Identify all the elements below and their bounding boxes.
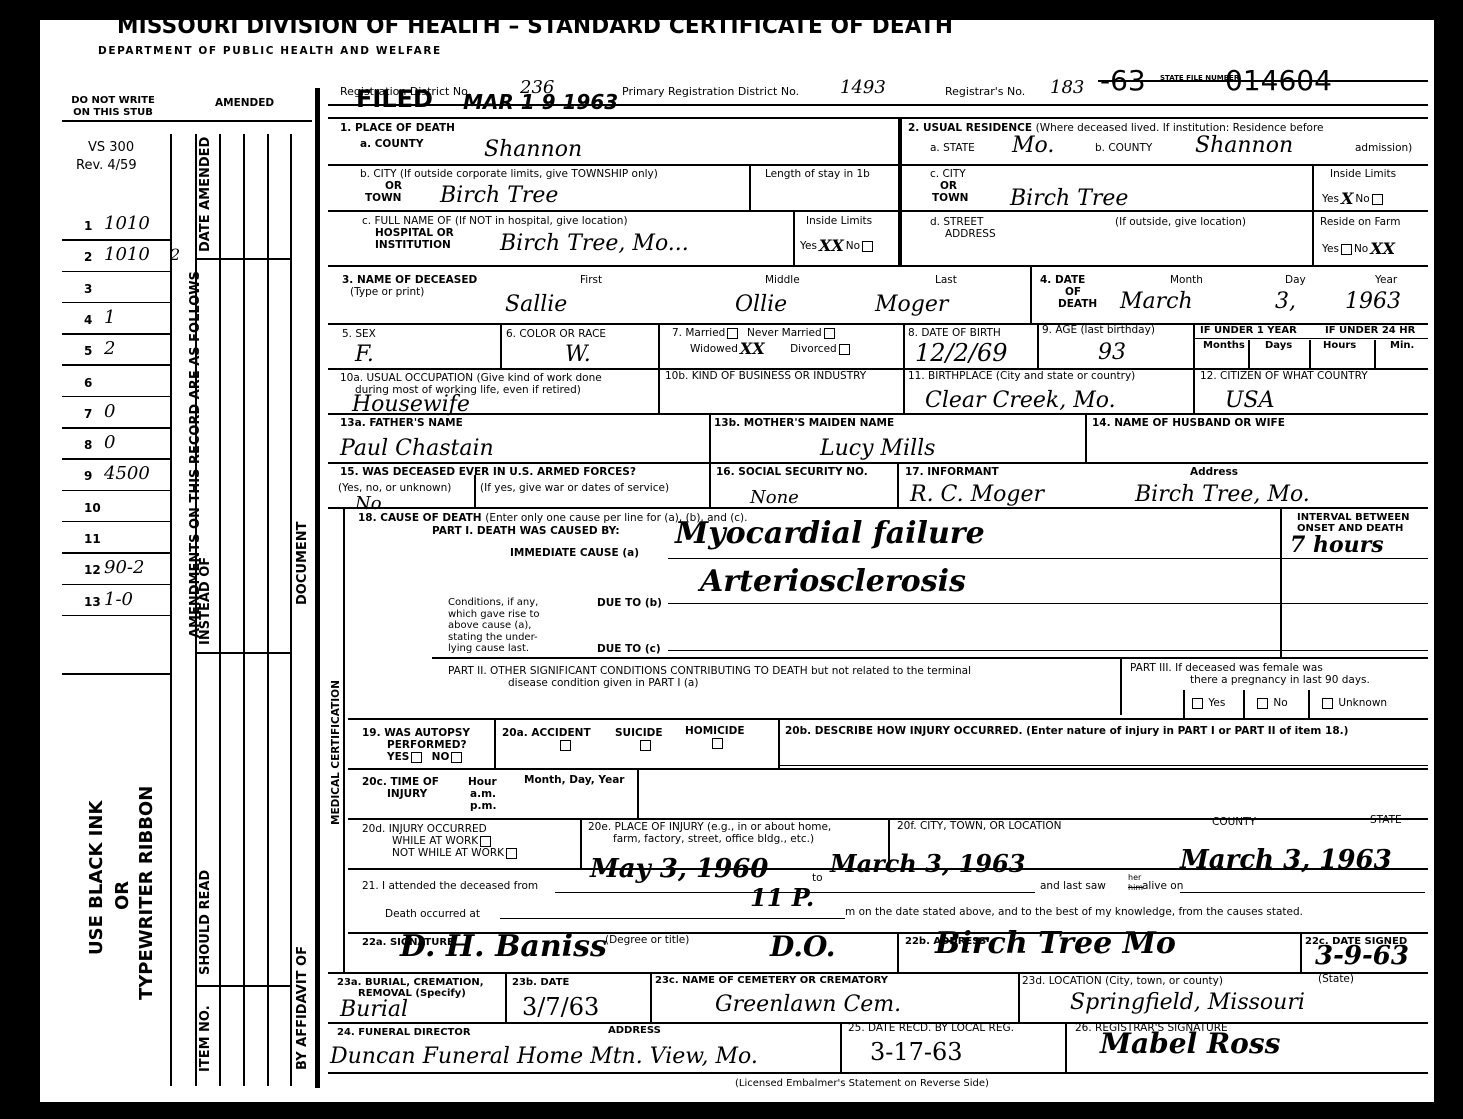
social-security-no: None bbox=[750, 486, 799, 510]
death-label: DEATH bbox=[1058, 298, 1097, 310]
occupation: Housewife bbox=[352, 393, 470, 417]
stub-row-number: 11 bbox=[84, 533, 101, 545]
injury-county-label: COUNTY bbox=[1212, 816, 1256, 828]
stub-row: 94500 bbox=[62, 460, 170, 491]
death-city-label: b. CITY (If outside corporate limits, gi… bbox=[360, 168, 658, 180]
residence-inside-yes-checkbox[interactable]: X bbox=[1341, 193, 1353, 205]
first-name-label: First bbox=[580, 274, 602, 286]
suicide-label: SUICIDE bbox=[615, 727, 663, 739]
rule bbox=[580, 818, 582, 868]
disposition-date: 3/7/63 bbox=[522, 995, 599, 1019]
rule bbox=[328, 164, 898, 166]
stub-row-number: 9 bbox=[84, 470, 92, 482]
time-of-injury-label-2: INJURY bbox=[387, 788, 427, 800]
rule bbox=[825, 892, 1035, 893]
rule bbox=[749, 164, 751, 210]
autopsy-label-2: PERFORMED? bbox=[387, 739, 467, 751]
stub-row-number: 2 bbox=[84, 251, 92, 263]
stub-row: 1290-2 bbox=[62, 554, 170, 585]
divider-1-2 bbox=[898, 117, 902, 267]
stub-row-number: 7 bbox=[84, 408, 92, 420]
rule bbox=[840, 1022, 842, 1072]
death-occurred-tail: m on the date stated above, and to the b… bbox=[845, 906, 1303, 918]
embalmer-statement-note: (Licensed Embalmer's Statement on Revers… bbox=[735, 1078, 989, 1090]
rule bbox=[709, 413, 711, 507]
street-note: (If outside, give location) bbox=[1115, 216, 1246, 228]
rule bbox=[668, 650, 1428, 651]
birthplace-label: 11. BIRTHPLACE (City and state or countr… bbox=[908, 370, 1135, 382]
town-label: TOWN bbox=[365, 192, 401, 204]
stub-note: DO NOT WRITEON THIS STUB bbox=[68, 95, 158, 119]
typewriter-ribbon-label: TYPEWRITER RIBBON bbox=[136, 786, 157, 1000]
degree-label: (Degree or title) bbox=[605, 934, 689, 946]
funeral-address-label: ADDRESS bbox=[608, 1025, 661, 1037]
part-1-label: PART I. DEATH WAS CAUSED BY: bbox=[432, 525, 620, 537]
spouse-label: 14. NAME OF HUSBAND OR WIFE bbox=[1092, 417, 1285, 429]
rule bbox=[328, 210, 898, 212]
cemetery-state-label: (State) bbox=[1318, 973, 1354, 985]
stub-row: 80 bbox=[62, 429, 170, 460]
stub-col-1 bbox=[170, 134, 172, 1086]
admission-label: admission) bbox=[1355, 142, 1412, 154]
residence-inside-limits-label: Inside Limits bbox=[1330, 168, 1396, 180]
last-name: Moger bbox=[875, 293, 948, 317]
conditions-note: Conditions, if any,which gave rise toabo… bbox=[448, 597, 540, 655]
homicide-label: HOMICIDE bbox=[685, 725, 745, 737]
stub-row-value: 1010 bbox=[104, 212, 150, 236]
filed-stamp: FILED bbox=[356, 85, 433, 113]
date-received-label: 25. DATE RECD. BY LOCAL REG. bbox=[848, 1022, 1014, 1034]
or-label: OR bbox=[112, 881, 133, 910]
place-of-injury-label-2: farm, factory, street, office bldg., etc… bbox=[613, 833, 814, 845]
date-amended-label: DATE AMENDED bbox=[198, 137, 213, 252]
physician-address: Birch Tree Mo bbox=[935, 932, 1176, 956]
armed-sub-2: (If yes, give war or dates of service) bbox=[480, 482, 669, 494]
dob-label: 8. DATE OF BIRTH bbox=[908, 327, 1001, 339]
instead-of-label: INSTEAD OF bbox=[198, 557, 213, 645]
stub-row: 3 bbox=[62, 273, 170, 304]
rule bbox=[778, 765, 1428, 766]
stub-side-mark: 2 bbox=[170, 243, 180, 267]
rule bbox=[902, 210, 1428, 212]
sex: F. bbox=[355, 343, 374, 367]
rule bbox=[328, 972, 1428, 974]
rule bbox=[778, 718, 780, 768]
inside-limits-yes-checkbox[interactable]: XX bbox=[819, 240, 844, 252]
death-city: Birch Tree bbox=[440, 184, 558, 208]
last-name-label: Last bbox=[935, 274, 957, 286]
rule bbox=[1300, 932, 1302, 972]
stub-row: 21010 bbox=[62, 241, 170, 272]
form-number: VS 300 bbox=[88, 142, 134, 154]
stub-row: 41 bbox=[62, 304, 170, 335]
death-occurred-label: Death occurred at bbox=[385, 908, 480, 920]
rule bbox=[903, 323, 905, 413]
widowed-checkbox[interactable]: XX bbox=[740, 343, 765, 355]
due-to-b-label: DUE TO (b) bbox=[597, 597, 662, 609]
sex-label: 5. SEX bbox=[342, 328, 376, 340]
name-note: (Type or print) bbox=[350, 286, 424, 298]
middle-name: Ollie bbox=[735, 293, 787, 317]
pregnancy-yes-checkbox[interactable] bbox=[1192, 698, 1203, 709]
place-of-death-label: 1. PLACE OF DEATH bbox=[340, 122, 455, 134]
stub-row-number: 1 bbox=[84, 220, 92, 232]
autopsy-yes-checkbox[interactable] bbox=[411, 752, 422, 763]
race: W. bbox=[565, 343, 591, 367]
death-certificate bbox=[40, 20, 1434, 1102]
at-work-checkbox[interactable] bbox=[480, 836, 491, 847]
registrars-no-label: Registrar's No. bbox=[945, 86, 1025, 98]
street-label-2: ADDRESS bbox=[945, 228, 996, 240]
last-saw-label: and last saw bbox=[1040, 880, 1106, 892]
form-revision: Rev. 4/59 bbox=[76, 160, 137, 172]
stub-perforation-line bbox=[315, 88, 320, 1088]
informant-address-label: Address bbox=[1190, 466, 1238, 478]
rule bbox=[793, 210, 795, 265]
alive-on-label: alive on bbox=[1142, 880, 1183, 892]
residence-county: Shannon bbox=[1195, 134, 1293, 158]
describe-injury-label: 20b. DESCRIBE HOW INJURY OCCURRED. (Ente… bbox=[785, 725, 1348, 737]
residence-inside-no-checkbox[interactable] bbox=[1372, 194, 1383, 205]
rule bbox=[328, 1072, 1428, 1074]
rule bbox=[637, 768, 639, 818]
farm-yes-checkbox[interactable] bbox=[1341, 244, 1352, 255]
disposition-date-label: 23b. DATE bbox=[512, 977, 569, 989]
residence-county-label: b. COUNTY bbox=[1095, 142, 1152, 154]
date-of-birth: 12/2/69 bbox=[915, 341, 1008, 365]
stub-col-3 bbox=[219, 134, 221, 1086]
part-2-label: PART II. OTHER SIGNIFICANT CONDITIONS CO… bbox=[448, 665, 971, 677]
medical-certification-label: MEDICAL CERTIFICATION bbox=[330, 680, 342, 825]
attended-from: May 3, 1960 bbox=[590, 857, 768, 881]
town-label: TOWN bbox=[932, 192, 968, 204]
months-label: Months bbox=[1203, 340, 1245, 352]
rule bbox=[328, 265, 1428, 267]
injury-city-label: 20f. CITY, TOWN, OR LOCATION bbox=[897, 820, 1061, 832]
ssn-label: 16. SOCIAL SECURITY NO. bbox=[716, 466, 868, 478]
physician-degree: D.O. bbox=[770, 935, 836, 959]
cemetery-location-label: 23d. LOCATION (City, town, or county) bbox=[1022, 975, 1223, 987]
last-seen-alive: March 3, 1963 bbox=[1180, 848, 1392, 872]
informant-label: 17. INFORMANT bbox=[905, 466, 999, 478]
year-label: Year bbox=[1375, 274, 1397, 286]
stub-row-number: 3 bbox=[84, 283, 92, 295]
or-label: OR bbox=[385, 180, 402, 192]
race-label: 6. COLOR OR RACE bbox=[506, 328, 606, 340]
death-county-label: a. COUNTY bbox=[360, 138, 423, 150]
pregnancy-no[interactable]: No bbox=[1255, 697, 1288, 709]
stub-row-value: 90-2 bbox=[104, 556, 144, 580]
father-name: Paul Chastain bbox=[340, 437, 494, 461]
primary-registration-value: 1493 bbox=[840, 76, 886, 100]
suicide-checkbox[interactable] bbox=[640, 740, 651, 751]
stub-row: 52 bbox=[62, 335, 170, 366]
stub-row-rule bbox=[62, 615, 170, 617]
death-month: March bbox=[1120, 290, 1193, 314]
him-label: him bbox=[1128, 882, 1143, 894]
item-no-label: ITEM NO. bbox=[198, 1005, 213, 1072]
age: 93 bbox=[1098, 341, 1126, 365]
document-label: DOCUMENT bbox=[295, 521, 310, 605]
marital-row-2: WidowedXX Divorced bbox=[690, 343, 852, 355]
under-24-hr-label: IF UNDER 24 HR bbox=[1325, 325, 1415, 337]
pm-label: p.m. bbox=[470, 800, 496, 812]
autopsy-label: 19. WAS AUTOPSY bbox=[362, 727, 470, 739]
stub-row-number: 12 bbox=[84, 564, 101, 576]
accident-checkbox[interactable] bbox=[560, 740, 571, 751]
rule bbox=[1065, 1022, 1067, 1072]
inside-limits-options: YesXXNo bbox=[800, 240, 875, 252]
residence-state-label: a. STATE bbox=[930, 142, 975, 154]
rule bbox=[1193, 323, 1195, 413]
birthplace: Clear Creek, Mo. bbox=[925, 389, 1116, 413]
immediate-cause-label: IMMEDIATE CAUSE (a) bbox=[510, 547, 639, 559]
death-year: 1963 bbox=[1345, 290, 1401, 314]
hospital-label: c. FULL NAME OF (If NOT in hospital, giv… bbox=[362, 215, 628, 227]
stub-row: 11010 bbox=[62, 210, 170, 241]
time-of-injury-label: 20c. TIME OF bbox=[362, 776, 439, 788]
cemetery-label: 23c. NAME OF CEMETERY OR CREMATORY bbox=[655, 975, 888, 987]
stub-row-value: 0 bbox=[104, 431, 115, 455]
stub-row-value: 1-0 bbox=[104, 588, 133, 612]
rule bbox=[1037, 323, 1039, 368]
rule bbox=[1120, 657, 1122, 715]
rule bbox=[348, 718, 1428, 720]
interval: 7 hours bbox=[1290, 533, 1384, 557]
date-signed: 3-9-63 bbox=[1315, 944, 1409, 968]
rule bbox=[1308, 690, 1310, 718]
stub-row: 6 bbox=[62, 367, 170, 398]
month-label: Month bbox=[1170, 274, 1203, 286]
date-received: 3-17-63 bbox=[870, 1040, 963, 1064]
accident-label: 20a. ACCIDENT bbox=[502, 727, 591, 739]
residence-inside-limits-options: YesXNo bbox=[1322, 193, 1385, 205]
rule bbox=[348, 768, 1428, 770]
attended-to: March 3, 1963 bbox=[830, 852, 1025, 876]
length-of-stay-label: Length of stay in 1b bbox=[765, 168, 870, 180]
citizen: USA bbox=[1225, 389, 1275, 413]
place-of-injury-label: 20e. PLACE OF INJURY (e.g., in or about … bbox=[588, 821, 831, 833]
rule bbox=[668, 558, 1428, 559]
stub-row-number: 13 bbox=[84, 596, 101, 608]
part-3-label: PART III. If deceased was female was bbox=[1130, 662, 1323, 674]
rule bbox=[1183, 690, 1185, 718]
hours-label: Hours bbox=[1323, 340, 1356, 352]
min-label: Min. bbox=[1390, 340, 1414, 352]
never-married-checkbox[interactable] bbox=[824, 328, 835, 339]
not-at-work-option: NOT WHILE AT WORK bbox=[392, 847, 519, 859]
rule bbox=[1309, 340, 1311, 368]
stub-row: 11 bbox=[62, 523, 170, 554]
death-day: 3, bbox=[1275, 290, 1296, 314]
should-read-rule bbox=[195, 985, 291, 987]
am-label: a.m. bbox=[470, 788, 496, 800]
days-label: Days bbox=[1265, 340, 1292, 352]
rule bbox=[474, 475, 476, 507]
cemetery-name: Greenlawn Cem. bbox=[715, 993, 901, 1017]
rule-top2 bbox=[328, 117, 1428, 119]
business-label: 10b. KIND OF BUSINESS OR INDUSTRY bbox=[665, 370, 866, 382]
of-label: OF bbox=[1065, 286, 1081, 298]
marital-row-1: 7. Married Never Married bbox=[672, 327, 837, 339]
rule bbox=[897, 462, 899, 507]
homicide-checkbox[interactable] bbox=[712, 738, 723, 749]
father-label: 13a. FATHER'S NAME bbox=[340, 417, 463, 429]
reside-on-farm-label: Reside on Farm bbox=[1320, 216, 1400, 228]
by-affidavit-label: BY AFFIDAVIT OF bbox=[295, 946, 310, 1070]
stub-row-number: 6 bbox=[84, 377, 92, 389]
rule bbox=[500, 323, 502, 368]
rule bbox=[494, 718, 496, 768]
stub-row: 70 bbox=[62, 398, 170, 429]
rule bbox=[500, 918, 845, 919]
hospital-label-2: HOSPITAL OR bbox=[375, 227, 454, 239]
day-label: Day bbox=[1285, 274, 1306, 286]
mother-maiden-name: Lucy Mills bbox=[820, 437, 935, 461]
part-3-label-2: there a pregnancy in last 90 days. bbox=[1190, 674, 1370, 686]
hour-label: Hour bbox=[468, 776, 497, 788]
stub-row: 131-0 bbox=[62, 586, 170, 617]
registrars-no-value: 183 bbox=[1050, 76, 1084, 100]
injury-occurred-label: 20d. INJURY OCCURRED bbox=[362, 823, 487, 835]
use-black-ink-label: USE BLACK INK bbox=[86, 801, 107, 955]
pregnancy-unknown-checkbox[interactable] bbox=[1322, 698, 1333, 709]
stub-col-4 bbox=[243, 134, 245, 1086]
stub-row-value: 4500 bbox=[104, 462, 150, 486]
rule bbox=[1248, 340, 1250, 368]
death-hospital: Birch Tree, Mo... bbox=[500, 232, 689, 256]
primary-registration-label: Primary Registration District No. bbox=[622, 86, 799, 98]
stub-row-number: 10 bbox=[84, 502, 101, 514]
department-subtitle: DEPARTMENT OF PUBLIC HEALTH AND WELFARE bbox=[98, 45, 442, 57]
amended-heading: AMENDED bbox=[215, 97, 274, 109]
rule bbox=[1280, 507, 1282, 657]
stub-row-value: 1 bbox=[104, 306, 115, 330]
rule bbox=[1195, 338, 1428, 339]
pregnancy-unknown[interactable]: Unknown bbox=[1320, 697, 1387, 709]
strike-line bbox=[1098, 80, 1428, 82]
mother-label: 13b. MOTHER'S MAIDEN NAME bbox=[714, 417, 894, 429]
certificate-title: MISSOURI DIVISION OF HEALTH – STANDARD C… bbox=[117, 14, 953, 39]
physician-signature: D. H. Baniss bbox=[400, 935, 607, 959]
inside-limits-label: Inside Limits bbox=[806, 215, 872, 227]
farm-no-checkbox[interactable]: XX bbox=[1370, 243, 1395, 255]
stub-header-rule bbox=[62, 120, 312, 122]
due-to-c-label: DUE TO (c) bbox=[597, 643, 661, 655]
pregnancy-yes[interactable]: Yes bbox=[1190, 697, 1225, 709]
registrar-signature: Mabel Ross bbox=[1100, 1032, 1280, 1056]
at-work-option: WHILE AT WORK bbox=[392, 835, 493, 847]
stub-row-value: 0 bbox=[104, 400, 115, 424]
stub-row-number: 5 bbox=[84, 345, 92, 357]
rule bbox=[328, 462, 1428, 464]
rule bbox=[505, 972, 507, 1022]
rule bbox=[328, 507, 1428, 509]
armed-forces-label: 15. WAS DECEASED EVER IN U.S. ARMED FORC… bbox=[340, 466, 636, 478]
part-2-label-2: disease condition given in PART I (a) bbox=[508, 677, 698, 689]
injury-state-label: STATE bbox=[1370, 814, 1402, 826]
autopsy-no-checkbox[interactable] bbox=[451, 752, 462, 763]
informant-name: R. C. Moger bbox=[910, 483, 1044, 507]
should-read-label: SHOULD READ bbox=[198, 870, 213, 975]
middle-name-label: Middle bbox=[765, 274, 800, 286]
age-label: 9. AGE (last birthday) bbox=[1042, 324, 1155, 336]
attended-label: 21. I attended the deceased from bbox=[362, 880, 538, 892]
stub-row: 10 bbox=[62, 492, 170, 523]
residence-state: Mo. bbox=[1012, 134, 1054, 158]
rule bbox=[1030, 265, 1032, 323]
residence-city: Birch Tree bbox=[1010, 187, 1128, 211]
due-to-b: Arteriosclerosis bbox=[700, 570, 966, 594]
informant-address: Birch Tree, Mo. bbox=[1135, 483, 1310, 507]
divorced-checkbox[interactable] bbox=[839, 344, 850, 355]
name-label: 3. NAME OF DECEASED bbox=[342, 274, 477, 286]
medical-cert-border bbox=[343, 507, 345, 972]
death-county: Shannon bbox=[484, 138, 582, 162]
autopsy-options: YES NO bbox=[387, 751, 464, 763]
stub-row-number: 8 bbox=[84, 439, 92, 451]
funeral-director: Duncan Funeral Home Mtn. View, Mo. bbox=[330, 1045, 758, 1069]
rule bbox=[1312, 164, 1314, 265]
instead-of-rule bbox=[195, 652, 291, 654]
first-name: Sallie bbox=[505, 293, 567, 317]
pregnancy-no-checkbox[interactable] bbox=[1257, 698, 1268, 709]
married-checkbox[interactable] bbox=[727, 328, 738, 339]
rule-top bbox=[328, 104, 1428, 106]
citizen-label: 12. CITIZEN OF WHAT COUNTRY bbox=[1200, 370, 1368, 382]
immediate-cause: Myocardial failure bbox=[675, 522, 985, 546]
residence-city-label: c. CITY bbox=[930, 168, 966, 180]
reside-on-farm-options: YesNoXX bbox=[1322, 243, 1397, 255]
rule bbox=[1085, 413, 1087, 462]
stub-col-6 bbox=[290, 134, 292, 1086]
under-1-year-label: IF UNDER 1 YEAR bbox=[1200, 325, 1297, 337]
rule bbox=[1243, 690, 1245, 718]
stub-row-value: 1010 bbox=[104, 243, 150, 267]
rule bbox=[668, 603, 1428, 604]
rule bbox=[1374, 340, 1376, 368]
inside-limits-no-checkbox[interactable] bbox=[862, 241, 873, 252]
stub-row-value: 2 bbox=[104, 337, 115, 361]
rule bbox=[897, 932, 899, 972]
stub-col-5 bbox=[267, 134, 269, 1086]
funeral-director-label: 24. FUNERAL DIRECTOR bbox=[337, 1027, 471, 1039]
rule bbox=[658, 323, 660, 413]
rule bbox=[1180, 892, 1425, 893]
date-amended-rule bbox=[195, 258, 291, 260]
or-label: OR bbox=[940, 180, 957, 192]
rule bbox=[1018, 972, 1020, 1022]
stub-row-number: 4 bbox=[84, 314, 92, 326]
rule bbox=[432, 657, 1428, 659]
date-of-death-label: 4. DATE bbox=[1040, 274, 1085, 286]
month-day-year-label: Month, Day, Year bbox=[524, 774, 624, 786]
disposition-method: Burial bbox=[340, 998, 408, 1022]
not-at-work-checkbox[interactable] bbox=[506, 848, 517, 859]
rule bbox=[650, 972, 652, 1022]
rule bbox=[902, 164, 1428, 166]
death-time: 11 P. bbox=[750, 886, 814, 910]
occupation-label: 10a. USUAL OCCUPATION (Give kind of work… bbox=[340, 372, 602, 384]
street-label: d. STREET bbox=[930, 216, 983, 228]
filed-date: MAR 1 9 1963 bbox=[463, 90, 618, 114]
cemetery-location: Springfield, Missouri bbox=[1070, 991, 1305, 1015]
hospital-label-3: INSTITUTION bbox=[375, 239, 451, 251]
rule bbox=[328, 413, 1428, 415]
stub-rule-bottom bbox=[62, 673, 170, 675]
